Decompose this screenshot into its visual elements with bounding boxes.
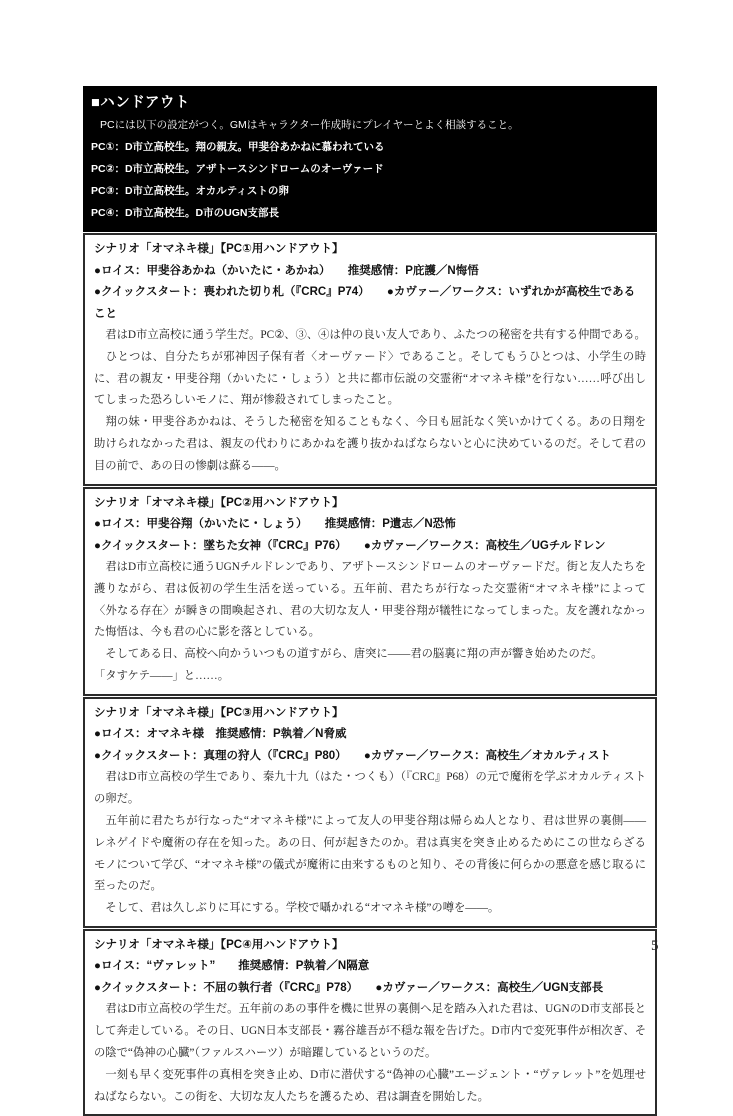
handout-pc1-paragraph: 君はD市立高校に通う学生だ。PC②、③、④は仲の良い友人であり、ふたつの秘密を共… bbox=[94, 325, 646, 347]
pc4-setting-line: PC④：D市立高校生。D市のUGN支部長 bbox=[91, 202, 647, 224]
handout-pc3-lois: ●ロイス：オマネキ様 推奨感情：P執着／N脅威 bbox=[94, 724, 646, 746]
handout-pc4-paragraph: 君はD市立高校の学生だ。五年前のあの事件を機に世界の裏側へ足を踏み入れた君は、U… bbox=[94, 999, 646, 1064]
handout-pc1-title: シナリオ「オマネキ様」【PC①用ハンドアウト】 bbox=[94, 239, 646, 261]
handout-pc1-lois: ●ロイス：甲斐谷あかね（かいたに・あかね） 推奨感情：P庇護／N悔悟 bbox=[94, 261, 646, 283]
handout-pc3-title: シナリオ「オマネキ様」【PC③用ハンドアウト】 bbox=[94, 703, 646, 725]
handout-pc1-paragraph: 翔の妹・甲斐谷あかねは、そうした秘密を知ることもなく、今日も屈託なく笑いかけてく… bbox=[94, 412, 646, 477]
handout-pc3-paragraph: 五年前に君たちが行なった“オマネキ様”によって友人の甲斐谷翔は帰らぬ人となり、君… bbox=[94, 811, 646, 898]
handout-header-box: ■ハンドアウト PCには以下の設定がつく。GMはキャラクター作成時にプレイヤーと… bbox=[83, 86, 657, 232]
handout-pc3-paragraph: そして、君は久しぶりに耳にする。学校で囁かれる“オマネキ様”の噂を――。 bbox=[94, 898, 646, 920]
handout-pc1-quickstart: ●クイックスタート：喪われた切り札（『CRC』P74） ●カヴァー／ワークス：い… bbox=[94, 282, 646, 325]
handout-pc4-box: シナリオ「オマネキ様」【PC④用ハンドアウト】 ●ロイス：“ヴァレット” 推奨感… bbox=[83, 929, 657, 1116]
handout-pc2-paragraph: 「タすケテ――」と……。 bbox=[94, 666, 646, 688]
document-content: ■ハンドアウト PCには以下の設定がつく。GMはキャラクター作成時にプレイヤーと… bbox=[83, 86, 657, 1116]
pc3-setting-line: PC③：D市立高校生。オカルティストの卵 bbox=[91, 180, 647, 202]
handout-pc3-box: シナリオ「オマネキ様」【PC③用ハンドアウト】 ●ロイス：オマネキ様 推奨感情：… bbox=[83, 697, 657, 928]
handout-pc2-quickstart: ●クイックスタート：墜ちた女神（『CRC』P76） ●カヴァー／ワークス：高校生… bbox=[94, 536, 646, 558]
pc1-setting-line: PC①：D市立高校生。翔の親友。甲斐谷あかねに慕われている bbox=[91, 136, 647, 158]
handout-pc2-paragraph: そしてある日、高校へ向かういつもの道すがら、唐突に――君の脳裏に翔の声が響き始め… bbox=[94, 644, 646, 666]
handout-pc1-paragraph: ひとつは、自分たちが邪神因子保有者〈オーヴァード〉であること。そしてもうひとつは… bbox=[94, 347, 646, 412]
pc2-setting-line: PC②：D市立高校生。アザトースシンドロームのオーヴァード bbox=[91, 158, 647, 180]
handout-pc2-box: シナリオ「オマネキ様」【PC②用ハンドアウト】 ●ロイス：甲斐谷翔（かいたに・し… bbox=[83, 487, 657, 696]
handout-pc2-paragraph: 君はD市立高校に通うUGNチルドレンであり、アザトースシンドロームのオーヴァード… bbox=[94, 557, 646, 644]
handout-pc3-paragraph: 君はD市立高校の学生であり、秦九十九（はた・つくも）（『CRC』P68）の元で魔… bbox=[94, 767, 646, 811]
handout-pc4-lois: ●ロイス：“ヴァレット” 推奨感情：P執着／N隔意 bbox=[94, 956, 646, 978]
handout-pc4-quickstart: ●クイックスタート：不屈の執行者（『CRC』P78） ●カヴァー／ワークス：高校… bbox=[94, 978, 646, 1000]
handout-pc4-paragraph: 一刻も早く変死事件の真相を突き止め、D市に潜伏する“偽神の心臓”エージェント・“… bbox=[94, 1065, 646, 1109]
handout-pc1-box: シナリオ「オマネキ様」【PC①用ハンドアウト】 ●ロイス：甲斐谷あかね（かいたに… bbox=[83, 233, 657, 486]
handout-pc2-lois: ●ロイス：甲斐谷翔（かいたに・しょう） 推奨感情：P遺志／N恐怖 bbox=[94, 514, 646, 536]
handout-header-note: PCには以下の設定がつく。GMはキャラクター作成時にプレイヤーとよく相談すること… bbox=[91, 115, 647, 136]
handout-pc2-title: シナリオ「オマネキ様」【PC②用ハンドアウト】 bbox=[94, 493, 646, 515]
handout-pc4-title: シナリオ「オマネキ様」【PC④用ハンドアウト】 bbox=[94, 935, 646, 957]
page-number: 5 bbox=[651, 938, 659, 955]
handout-pc3-quickstart: ●クイックスタート：真理の狩人（『CRC』P80） ●カヴァー／ワークス：高校生… bbox=[94, 746, 646, 768]
handout-header-title: ■ハンドアウト bbox=[91, 93, 647, 113]
